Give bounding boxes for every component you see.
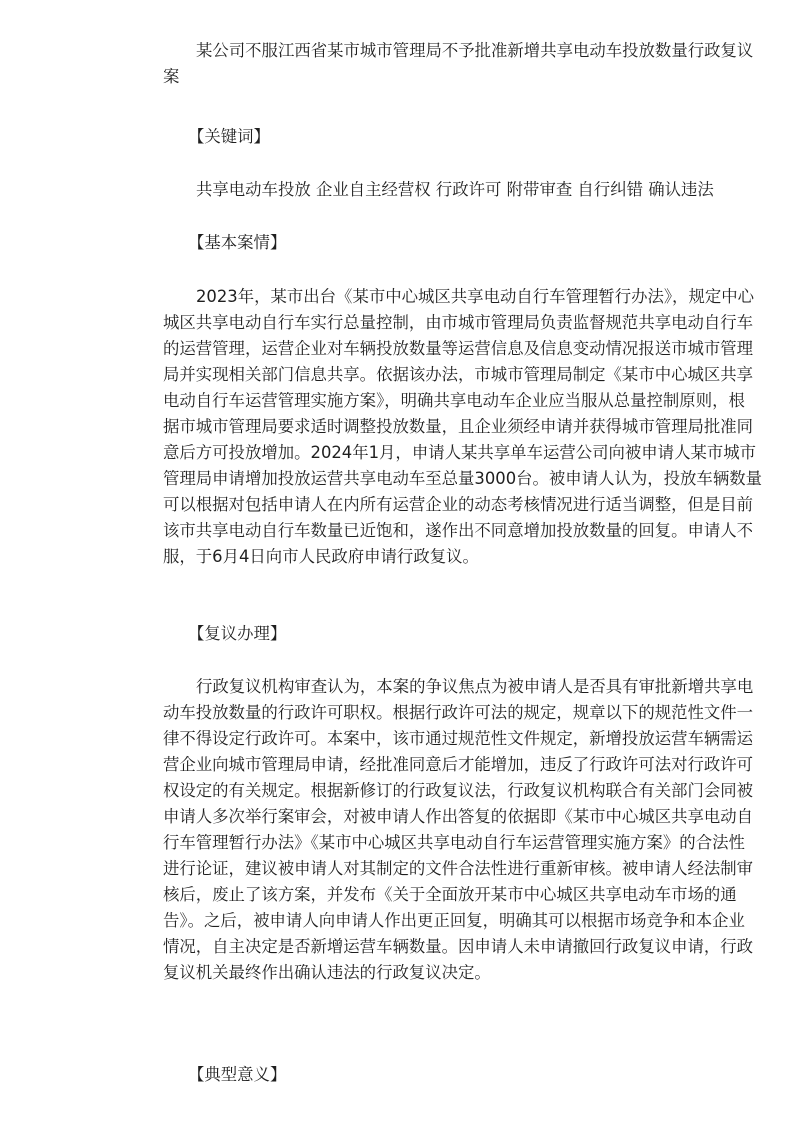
title-line-2: 案 [163, 64, 685, 90]
paragraph-line: 律不得设定行政许可。本案中，该市通过规范性文件规定，新增投放运营车辆需运 [163, 726, 685, 752]
paragraph-line: 行政复议机构审查认为，本案的争议焦点为被申请人是否具有审批新增共享电 [163, 674, 685, 700]
paragraph-line: 进行论证，建议被申请人对其制定的文件合法性进行重新审核。被申请人经法制审 [163, 856, 685, 882]
basic-facts-heading: 【基本案情】 [163, 230, 685, 256]
paragraph-line: 申请人多次举行案审会，对被申请人作出答复的依据即《某市中心城区共享电动自 [163, 804, 685, 830]
paragraph-line: 的运营管理，运营企业对车辆投放数量等运营信息及信息变动情况报送市城市管理 [163, 336, 685, 362]
paragraph-line: 局并实现相关部门信息共享。依据该办法，市城市管理局制定《某市中心城区共享 [163, 362, 685, 388]
paragraph-line: 动车投放数量的行政许可职权。根据行政许可法的规定，规章以下的规范性文件一 [163, 700, 685, 726]
document-title: 某公司不服江西省某市城市管理局不予批准新增共享电动车投放数量行政复议 案 [163, 38, 685, 90]
keywords-content-block: 共享电动车投放 企业自主经营权 行政许可 附带审查 自行纠错 确认违法 [163, 177, 685, 203]
paragraph-line: 意后方可投放增加。2024年1月，申请人某共享单车运营公司向被申请人某市城市 [163, 440, 685, 466]
paragraph-line: 据市城市管理局要求适时调整投放数量，且企业须经申请并获得城市管理局批准同 [163, 414, 685, 440]
paragraph-line: 告》。之后，被申请人向申请人作出更正回复，明确其可以根据市场竞争和本企业 [163, 908, 685, 934]
paragraph-line: 2023年，某市出台《某市中心城区共享电动自行车管理暂行办法》，规定中心 [163, 284, 685, 310]
review-handling-heading: 【复议办理】 [163, 621, 685, 647]
paragraph-line: 管理局申请增加投放运营共享电动车至总量3000台。被申请人认为，投放车辆数量 [163, 466, 685, 492]
paragraph-line: 电动自行车运营管理实施方案》，明确共享电动车企业应当服从总量控制原则，根 [163, 388, 685, 414]
paragraph-line: 情况，自主决定是否新增运营车辆数量。因申请人未申请撤回行政复议申请，行政 [163, 934, 685, 960]
paragraph-line: 行车管理暂行办法》《某市中心城区共享电动自行车运营管理实施方案》的合法性 [163, 830, 685, 856]
paragraph-line: 可以根据对包括申请人在内所有运营企业的动态考核情况进行适当调整，但是目前 [163, 492, 685, 518]
keywords-heading: 【关键词】 [163, 124, 685, 150]
basic-facts-paragraph: 2023年，某市出台《某市中心城区共享电动自行车管理暂行办法》，规定中心 城区共… [163, 284, 685, 570]
title-line-1: 某公司不服江西省某市城市管理局不予批准新增共享电动车投放数量行政复议 [163, 38, 685, 64]
paragraph-line: 营企业向城市管理局申请，经批准同意后才能增加，违反了行政许可法对行政许可 [163, 752, 685, 778]
basic-facts-heading-block: 【基本案情】 [163, 230, 685, 256]
paragraph-line: 城区共享电动自行车实行总量控制，由市城市管理局负责监督规范共享电动自行车 [163, 310, 685, 336]
paragraph-line: 权设定的有关规定。根据新修订的行政复议法，行政复议机构联合有关部门会同被 [163, 778, 685, 804]
paragraph-line: 服，于6月4日向市人民政府申请行政复议。 [163, 544, 685, 570]
paragraph-line: 核后，废止了该方案，并发布《关于全面放开某市中心城区共享电动车市场的通 [163, 882, 685, 908]
significance-heading-block: 【典型意义】 [163, 1062, 685, 1088]
keywords-section: 【关键词】 [163, 124, 685, 150]
paragraph-line: 复议机关最终作出确认违法的行政复议决定。 [163, 960, 685, 986]
significance-heading: 【典型意义】 [163, 1062, 685, 1088]
review-handling-paragraph: 行政复议机构审查认为，本案的争议焦点为被申请人是否具有审批新增共享电 动车投放数… [163, 674, 685, 986]
keywords-content: 共享电动车投放 企业自主经营权 行政许可 附带审查 自行纠错 确认违法 [163, 177, 685, 203]
paragraph-line: 该市共享电动自行车数量已近饱和，遂作出不同意增加投放数量的回复。申请人不 [163, 518, 685, 544]
review-handling-heading-block: 【复议办理】 [163, 621, 685, 647]
